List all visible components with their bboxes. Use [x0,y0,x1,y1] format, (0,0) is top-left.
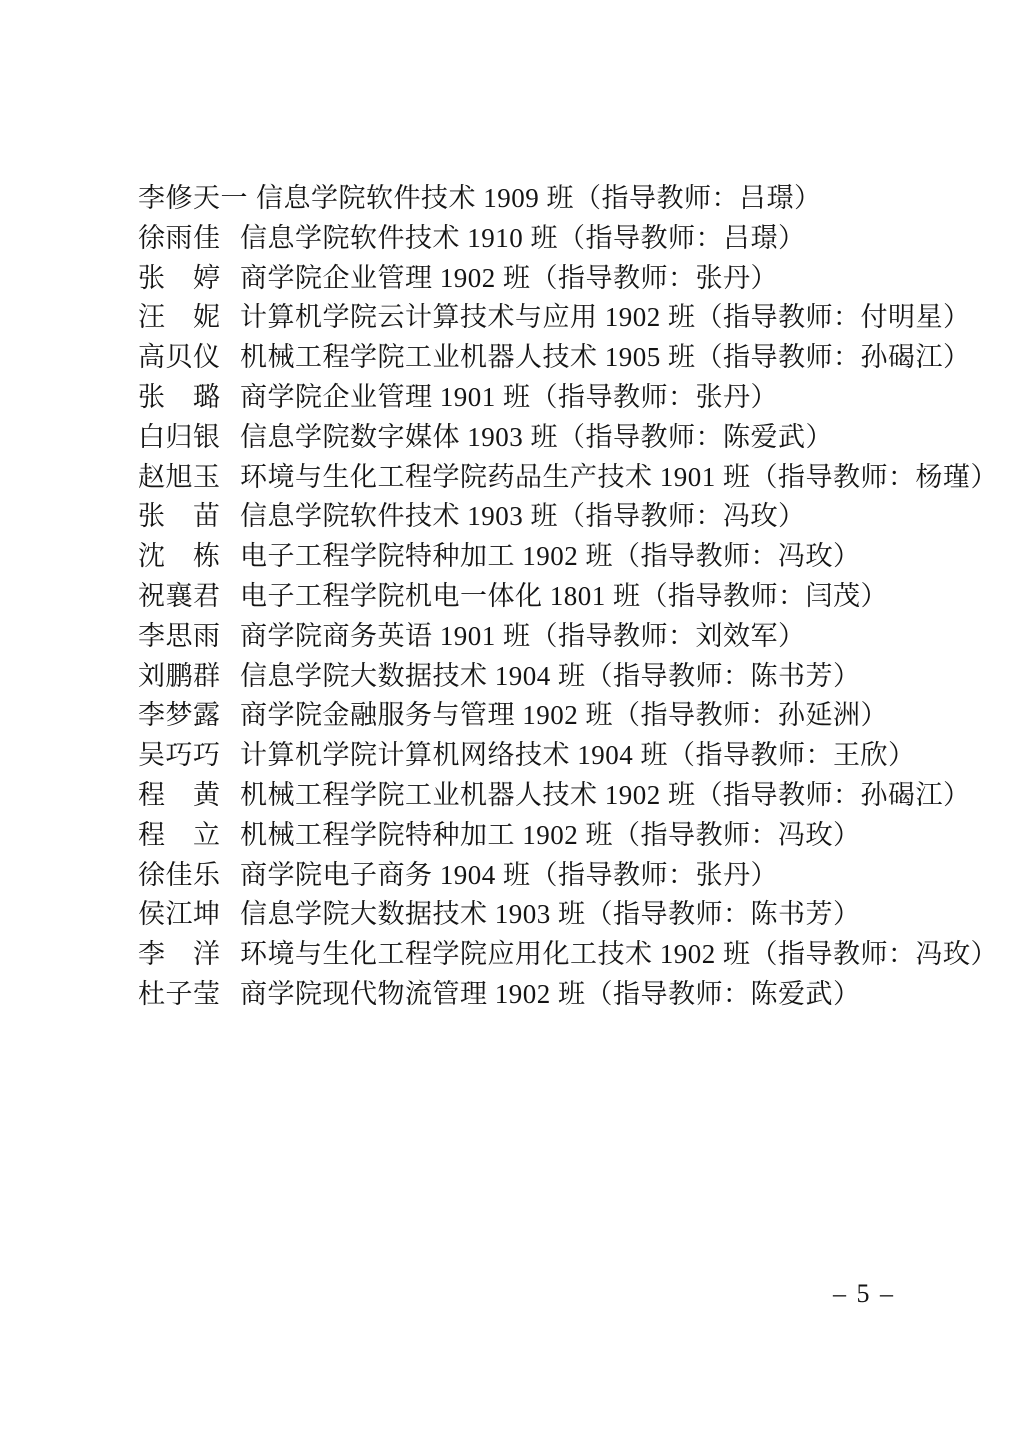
roster-row: 张 婷商学院企业管理 1902 班（指导教师：张丹） [138,259,938,299]
student-name: 张 婷 [138,259,232,299]
student-name: 赵旭玉 [138,458,232,498]
roster-row: 李 洋环境与生化工程学院应用化工技术 1902 班（指导教师：冯玫） [138,935,938,975]
student-name: 白归银 [138,418,232,458]
class-and-advisor: 机械工程学院特种加工 1902 班（指导教师：冯玫） [240,820,861,850]
student-name: 徐佳乐 [138,856,232,896]
class-and-advisor: 商学院金融服务与管理 1902 班（指导教师：孙延洲） [240,700,888,730]
student-advisor-list: 李修天一信息学院软件技术 1909 班（指导教师：吕璟）徐雨佳信息学院软件技术 … [138,179,938,1015]
roster-row: 李思雨商学院商务英语 1901 班（指导教师：刘效军） [138,617,938,657]
student-name: 李思雨 [138,617,232,657]
class-and-advisor: 商学院企业管理 1902 班（指导教师：张丹） [240,263,778,293]
student-name: 徐雨佳 [138,219,232,259]
roster-row: 祝襄君电子工程学院机电一体化 1801 班（指导教师：闫茂） [138,577,938,617]
roster-row: 赵旭玉环境与生化工程学院药品生产技术 1901 班（指导教师：杨瑾） [138,458,938,498]
student-name: 祝襄君 [138,577,232,617]
roster-row: 张 璐商学院企业管理 1901 班（指导教师：张丹） [138,378,938,418]
roster-row: 徐雨佳信息学院软件技术 1910 班（指导教师：吕璟） [138,219,938,259]
student-name: 程 黄 [138,776,232,816]
page-number: – 5 – [833,1279,895,1309]
class-and-advisor: 环境与生化工程学院药品生产技术 1901 班（指导教师：杨瑾） [240,462,998,492]
document-page: 李修天一信息学院软件技术 1909 班（指导教师：吕璟）徐雨佳信息学院软件技术 … [0,0,1024,1448]
class-and-advisor: 信息学院大数据技术 1903 班（指导教师：陈书芳） [240,899,861,929]
roster-row: 杜子莹商学院现代物流管理 1902 班（指导教师：陈爱武） [138,975,938,1015]
roster-row: 李梦露商学院金融服务与管理 1902 班（指导教师：孙延洲） [138,696,938,736]
roster-row: 高贝仪机械工程学院工业机器人技术 1905 班（指导教师：孙碣江） [138,338,938,378]
roster-row: 李修天一信息学院软件技术 1909 班（指导教师：吕璟） [138,179,938,219]
class-and-advisor: 计算机学院云计算技术与应用 1902 班（指导教师：付明星） [240,302,971,332]
roster-row: 程 立机械工程学院特种加工 1902 班（指导教师：冯玫） [138,816,938,856]
class-and-advisor: 信息学院软件技术 1903 班（指导教师：冯玫） [240,501,806,531]
class-and-advisor: 信息学院软件技术 1909 班（指导教师：吕璟） [256,183,822,213]
student-name: 张 璐 [138,378,232,418]
student-name: 汪 妮 [138,298,232,338]
class-and-advisor: 商学院商务英语 1901 班（指导教师：刘效军） [240,621,806,651]
student-name: 李梦露 [138,696,232,736]
roster-row: 沈 栋电子工程学院特种加工 1902 班（指导教师：冯玫） [138,537,938,577]
roster-row: 汪 妮计算机学院云计算技术与应用 1902 班（指导教师：付明星） [138,298,938,338]
student-name: 杜子莹 [138,975,232,1015]
student-name: 沈 栋 [138,537,232,577]
class-and-advisor: 商学院电子商务 1904 班（指导教师：张丹） [240,860,778,890]
class-and-advisor: 电子工程学院机电一体化 1801 班（指导教师：闫茂） [240,581,888,611]
roster-row: 侯江坤信息学院大数据技术 1903 班（指导教师：陈书芳） [138,895,938,935]
class-and-advisor: 信息学院软件技术 1910 班（指导教师：吕璟） [240,223,806,253]
student-name: 高贝仪 [138,338,232,378]
student-name: 程 立 [138,816,232,856]
student-name: 李 洋 [138,935,232,975]
student-name: 刘鹏群 [138,657,232,697]
student-name: 吴巧巧 [138,736,232,776]
class-and-advisor: 商学院企业管理 1901 班（指导教师：张丹） [240,382,778,412]
class-and-advisor: 机械工程学院工业机器人技术 1905 班（指导教师：孙碣江） [240,342,971,372]
roster-row: 张 苗信息学院软件技术 1903 班（指导教师：冯玫） [138,497,938,537]
student-name: 张 苗 [138,497,232,537]
class-and-advisor: 电子工程学院特种加工 1902 班（指导教师：冯玫） [240,541,861,571]
roster-row: 徐佳乐商学院电子商务 1904 班（指导教师：张丹） [138,856,938,896]
roster-row: 白归银信息学院数字媒体 1903 班（指导教师：陈爱武） [138,418,938,458]
class-and-advisor: 环境与生化工程学院应用化工技术 1902 班（指导教师：冯玫） [240,939,998,969]
class-and-advisor: 商学院现代物流管理 1902 班（指导教师：陈爱武） [240,979,861,1009]
class-and-advisor: 计算机学院计算机网络技术 1904 班（指导教师：王欣） [240,740,916,770]
class-and-advisor: 信息学院数字媒体 1903 班（指导教师：陈爱武） [240,422,833,452]
class-and-advisor: 机械工程学院工业机器人技术 1902 班（指导教师：孙碣江） [240,780,971,810]
roster-row: 程 黄机械工程学院工业机器人技术 1902 班（指导教师：孙碣江） [138,776,938,816]
student-name: 侯江坤 [138,895,232,935]
class-and-advisor: 信息学院大数据技术 1904 班（指导教师：陈书芳） [240,661,861,691]
student-name: 李修天一 [138,179,248,219]
roster-row: 吴巧巧计算机学院计算机网络技术 1904 班（指导教师：王欣） [138,736,938,776]
roster-row: 刘鹏群信息学院大数据技术 1904 班（指导教师：陈书芳） [138,657,938,697]
